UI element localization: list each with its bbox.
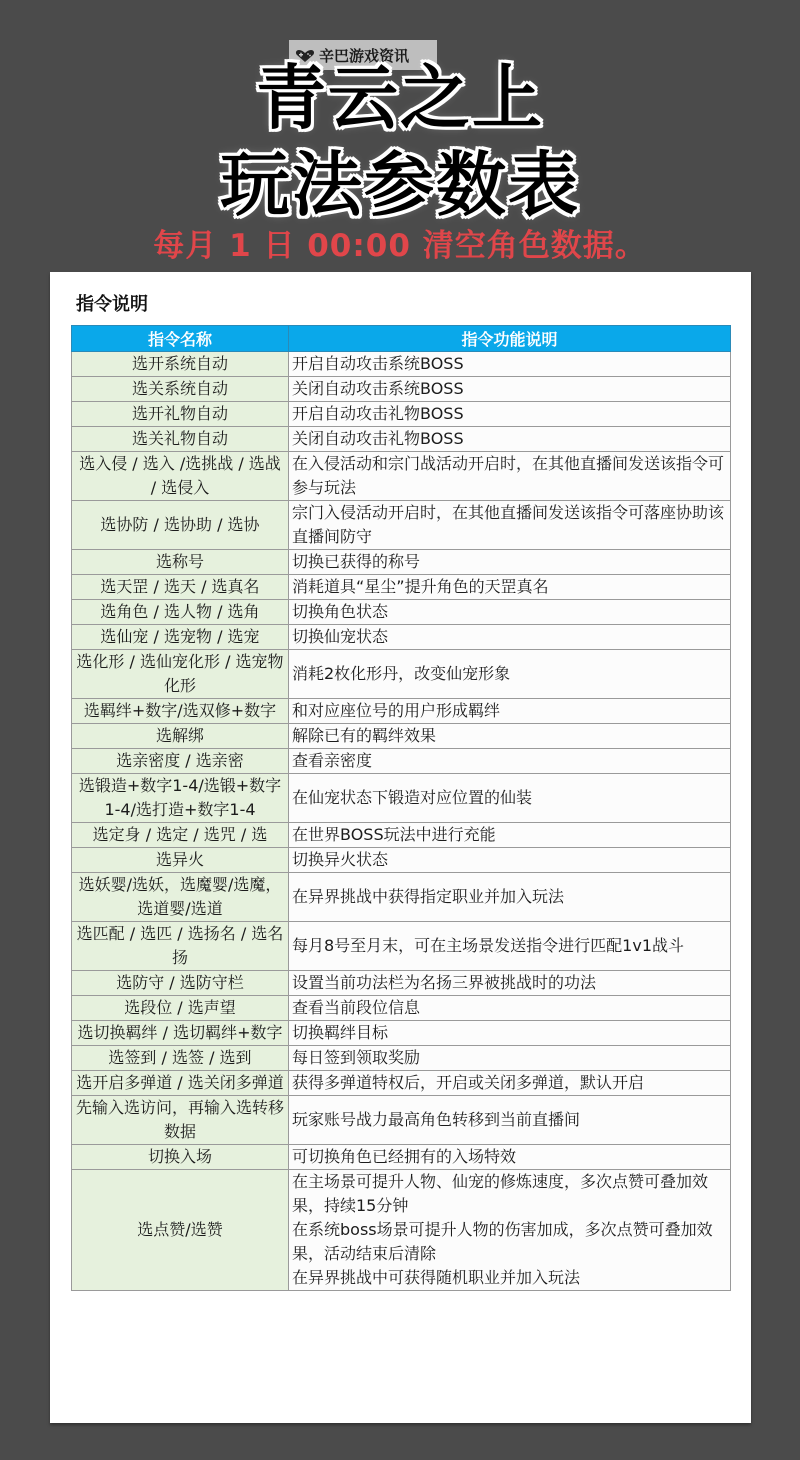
command-description-cell: 可切换角色已经拥有的入场特效 (289, 1145, 731, 1170)
command-name-cell: 选匹配 / 选匹 / 选扬名 / 选名扬 (72, 922, 289, 971)
command-card: 指令说明 指令名称 指令功能说明 选开系统自动开启自动攻击系统BOSS选关系统自… (50, 272, 751, 1423)
command-name-cell: 先输入选访问，再输入选转移数据 (72, 1096, 289, 1145)
command-name-cell: 选化形 / 选仙宠化形 / 选宠物化形 (72, 650, 289, 699)
table-header-row: 指令名称 指令功能说明 (72, 326, 731, 352)
command-description-cell: 开启自动攻击系统BOSS (289, 352, 731, 377)
table-row: 选入侵 / 选入 /选挑战 / 选战 / 选侵入在入侵活动和宗门战活动开启时，在… (72, 452, 731, 501)
command-name-cell: 选天罡 / 选天 / 选真名 (72, 575, 289, 600)
description-line: 设置当前功法栏为名扬三界被挑战时的功法 (292, 971, 727, 995)
poster-title-line-2: 玩法参数表 (0, 145, 800, 225)
description-line: 每日签到领取奖励 (292, 1046, 727, 1070)
command-name-cell: 选亲密度 / 选亲密 (72, 749, 289, 774)
command-description-cell: 每日签到领取奖励 (289, 1046, 731, 1071)
command-description-cell: 切换羁绊目标 (289, 1021, 731, 1046)
command-name-cell: 选锻造+数字1-4/选锻+数字1-4/选打造+数字1-4 (72, 774, 289, 823)
description-line: 查看亲密度 (292, 749, 727, 773)
command-name-cell: 选签到 / 选签 / 选到 (72, 1046, 289, 1071)
column-header-command-description: 指令功能说明 (289, 326, 731, 352)
command-description-cell: 在主场景可提升人物、仙宠的修炼速度，多次点赞可叠加效果，持续15分钟在系统bos… (289, 1170, 731, 1291)
command-name-cell: 选切换羁绊 / 选切羁绊+数字 (72, 1021, 289, 1046)
column-header-command-name: 指令名称 (72, 326, 289, 352)
command-name-cell: 选羁绊+数字/选双修+数字 (72, 699, 289, 724)
table-row: 先输入选访问，再输入选转移数据玩家账号战力最高角色转移到当前直播间 (72, 1096, 731, 1145)
description-line: 消耗道具“星尘”提升角色的天罡真名 (292, 575, 727, 599)
command-table: 指令名称 指令功能说明 选开系统自动开启自动攻击系统BOSS选关系统自动关闭自动… (71, 325, 731, 1291)
description-line: 在主场景可提升人物、仙宠的修炼速度，多次点赞可叠加效果，持续15分钟 (292, 1170, 727, 1218)
command-description-cell: 玩家账号战力最高角色转移到当前直播间 (289, 1096, 731, 1145)
command-name-cell: 选关系统自动 (72, 377, 289, 402)
command-description-cell: 在仙宠状态下锻造对应位置的仙装 (289, 774, 731, 823)
command-description-cell: 和对应座位号的用户形成羁绊 (289, 699, 731, 724)
command-description-cell: 切换已获得的称号 (289, 550, 731, 575)
command-description-cell: 每月8号至月末，可在主场景发送指令进行匹配1v1战斗 (289, 922, 731, 971)
description-line: 每月8号至月末，可在主场景发送指令进行匹配1v1战斗 (292, 934, 727, 958)
command-description-cell: 设置当前功法栏为名扬三界被挑战时的功法 (289, 971, 731, 996)
command-name-cell: 选开系统自动 (72, 352, 289, 377)
command-name-cell: 切换入场 (72, 1145, 289, 1170)
command-description-cell: 在入侵活动和宗门战活动开启时，在其他直播间发送该指令可参与玩法 (289, 452, 731, 501)
description-line: 关闭自动攻击系统BOSS (292, 377, 727, 401)
command-name-cell: 选协防 / 选协助 / 选协 (72, 501, 289, 550)
table-row: 选关系统自动关闭自动攻击系统BOSS (72, 377, 731, 402)
command-description-cell: 切换异火状态 (289, 848, 731, 873)
table-row: 选段位 / 选声望查看当前段位信息 (72, 996, 731, 1021)
description-line: 开启自动攻击系统BOSS (292, 352, 727, 376)
table-row: 选匹配 / 选匹 / 选扬名 / 选名扬每月8号至月末，可在主场景发送指令进行匹… (72, 922, 731, 971)
command-description-cell: 关闭自动攻击礼物BOSS (289, 427, 731, 452)
description-line: 切换异火状态 (292, 848, 727, 872)
description-line: 获得多弹道特权后，开启或关闭多弹道，默认开启 (292, 1071, 727, 1095)
description-line: 在系统boss场景可提升人物的伤害加成，多次点赞可叠加效果，活动结束后清除 (292, 1218, 727, 1266)
description-line: 消耗2枚化形丹，改变仙宠形象 (292, 662, 727, 686)
table-row: 选点赞/选赞在主场景可提升人物、仙宠的修炼速度，多次点赞可叠加效果，持续15分钟… (72, 1170, 731, 1291)
poster-title-line-1: 青云之上 (0, 58, 800, 138)
table-row: 选亲密度 / 选亲密查看亲密度 (72, 749, 731, 774)
table-row: 切换入场可切换角色已经拥有的入场特效 (72, 1145, 731, 1170)
command-description-cell: 关闭自动攻击系统BOSS (289, 377, 731, 402)
table-row: 选化形 / 选仙宠化形 / 选宠物化形消耗2枚化形丹，改变仙宠形象 (72, 650, 731, 699)
table-row: 选关礼物自动关闭自动攻击礼物BOSS (72, 427, 731, 452)
command-name-cell: 选入侵 / 选入 /选挑战 / 选战 / 选侵入 (72, 452, 289, 501)
section-title: 指令说明 (76, 290, 148, 316)
description-line: 切换羁绊目标 (292, 1021, 727, 1045)
description-line: 和对应座位号的用户形成羁绊 (292, 699, 727, 723)
command-description-cell: 切换仙宠状态 (289, 625, 731, 650)
command-description-cell: 解除已有的羁绊效果 (289, 724, 731, 749)
table-row: 选开礼物自动开启自动攻击礼物BOSS (72, 402, 731, 427)
command-name-cell: 选段位 / 选声望 (72, 996, 289, 1021)
command-description-cell: 宗门入侵活动开启时，在其他直播间发送该指令可落座协助该直播间防守 (289, 501, 731, 550)
table-row: 选签到 / 选签 / 选到每日签到领取奖励 (72, 1046, 731, 1071)
command-description-cell: 获得多弹道特权后，开启或关闭多弹道，默认开启 (289, 1071, 731, 1096)
description-line: 在仙宠状态下锻造对应位置的仙装 (292, 786, 727, 810)
table-row: 选解绑解除已有的羁绊效果 (72, 724, 731, 749)
command-description-cell: 切换角色状态 (289, 600, 731, 625)
table-row: 选天罡 / 选天 / 选真名消耗道具“星尘”提升角色的天罡真名 (72, 575, 731, 600)
description-line: 关闭自动攻击礼物BOSS (292, 427, 727, 451)
description-line: 切换仙宠状态 (292, 625, 727, 649)
command-name-cell: 选开启多弹道 / 选关闭多弹道 (72, 1071, 289, 1096)
table-row: 选切换羁绊 / 选切羁绊+数字切换羁绊目标 (72, 1021, 731, 1046)
description-line: 切换已获得的称号 (292, 550, 727, 574)
command-description-cell: 开启自动攻击礼物BOSS (289, 402, 731, 427)
command-name-cell: 选防守 / 选防守栏 (72, 971, 289, 996)
command-table-body: 选开系统自动开启自动攻击系统BOSS选关系统自动关闭自动攻击系统BOSS选开礼物… (72, 352, 731, 1291)
table-row: 选羁绊+数字/选双修+数字和对应座位号的用户形成羁绊 (72, 699, 731, 724)
table-row: 选妖婴/选妖，选魔婴/选魔，选道婴/选道在异界挑战中获得指定职业并加入玩法 (72, 873, 731, 922)
command-name-cell: 选异火 (72, 848, 289, 873)
description-line: 在异界挑战中获得指定职业并加入玩法 (292, 885, 727, 909)
command-name-cell: 选点赞/选赞 (72, 1170, 289, 1291)
description-line: 解除已有的羁绊效果 (292, 724, 727, 748)
description-line: 可切换角色已经拥有的入场特效 (292, 1145, 727, 1169)
command-name-cell: 选仙宠 / 选宠物 / 选宠 (72, 625, 289, 650)
description-line: 查看当前段位信息 (292, 996, 727, 1020)
command-name-cell: 选妖婴/选妖，选魔婴/选魔，选道婴/选道 (72, 873, 289, 922)
description-line: 切换角色状态 (292, 600, 727, 624)
command-description-cell: 查看当前段位信息 (289, 996, 731, 1021)
command-name-cell: 选称号 (72, 550, 289, 575)
table-row: 选开启多弹道 / 选关闭多弹道获得多弹道特权后，开启或关闭多弹道，默认开启 (72, 1071, 731, 1096)
table-row: 选仙宠 / 选宠物 / 选宠切换仙宠状态 (72, 625, 731, 650)
command-description-cell: 消耗2枚化形丹，改变仙宠形象 (289, 650, 731, 699)
command-name-cell: 选角色 / 选人物 / 选角 (72, 600, 289, 625)
command-name-cell: 选定身 / 选定 / 选咒 / 选 (72, 823, 289, 848)
description-line: 开启自动攻击礼物BOSS (292, 402, 727, 426)
command-description-cell: 在世界BOSS玩法中进行充能 (289, 823, 731, 848)
command-name-cell: 选关礼物自动 (72, 427, 289, 452)
description-line: 在世界BOSS玩法中进行充能 (292, 823, 727, 847)
command-name-cell: 选解绑 (72, 724, 289, 749)
command-name-cell: 选开礼物自动 (72, 402, 289, 427)
table-row: 选锻造+数字1-4/选锻+数字1-4/选打造+数字1-4在仙宠状态下锻造对应位置… (72, 774, 731, 823)
description-line: 宗门入侵活动开启时，在其他直播间发送该指令可落座协助该直播间防守 (292, 501, 727, 549)
table-row: 选角色 / 选人物 / 选角切换角色状态 (72, 600, 731, 625)
command-description-cell: 在异界挑战中获得指定职业并加入玩法 (289, 873, 731, 922)
table-row: 选开系统自动开启自动攻击系统BOSS (72, 352, 731, 377)
description-line: 在异界挑战中可获得随机职业并加入玩法 (292, 1266, 727, 1290)
table-row: 选称号切换已获得的称号 (72, 550, 731, 575)
description-line: 在入侵活动和宗门战活动开启时，在其他直播间发送该指令可参与玩法 (292, 452, 727, 500)
table-row: 选定身 / 选定 / 选咒 / 选在世界BOSS玩法中进行充能 (72, 823, 731, 848)
reset-notice: 每月 1 日 00:00 清空角色数据。 (0, 224, 800, 268)
table-row: 选协防 / 选协助 / 选协宗门入侵活动开启时，在其他直播间发送该指令可落座协助… (72, 501, 731, 550)
command-description-cell: 消耗道具“星尘”提升角色的天罡真名 (289, 575, 731, 600)
command-description-cell: 查看亲密度 (289, 749, 731, 774)
table-row: 选异火切换异火状态 (72, 848, 731, 873)
description-line: 玩家账号战力最高角色转移到当前直播间 (292, 1108, 727, 1132)
table-row: 选防守 / 选防守栏设置当前功法栏为名扬三界被挑战时的功法 (72, 971, 731, 996)
